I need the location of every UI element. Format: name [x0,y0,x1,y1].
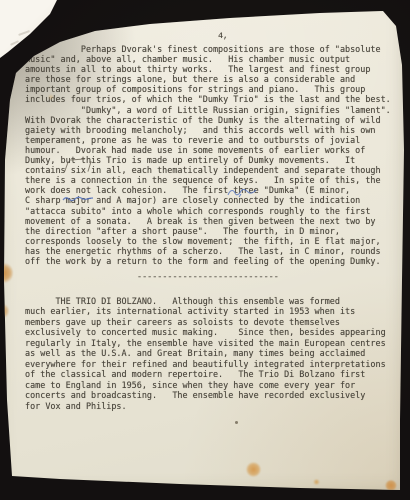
blue-scribble-major-mark [62,195,94,204]
blue-mark-connected-mark [227,188,259,199]
stain-top-left-faint [48,94,54,100]
stain-bottom-small [313,479,320,485]
paragraph-trio-di-bolzano: THE TRIO DI BOLZANO. Although this ensem… [25,296,386,411]
dashed-separator: ---------------------------- [137,272,279,282]
paragraph-dvorak: Perhaps Dvorak's finest compositions are… [25,44,391,266]
page-number: 4, [218,31,228,41]
fold-pencil-trace [10,40,19,45]
photo-background: 4, Perhaps Dvorak's finest compositions … [0,0,410,500]
fold-pencil-trace [18,30,30,36]
document-page: 4, Perhaps Dvorak's finest compositions … [0,0,410,500]
speck-bottom [235,421,238,424]
stain-left-lower [0,303,9,319]
stain-left-upper [0,262,13,284]
stain-bottom-right [385,480,397,491]
stain-bottom-center [246,462,261,477]
